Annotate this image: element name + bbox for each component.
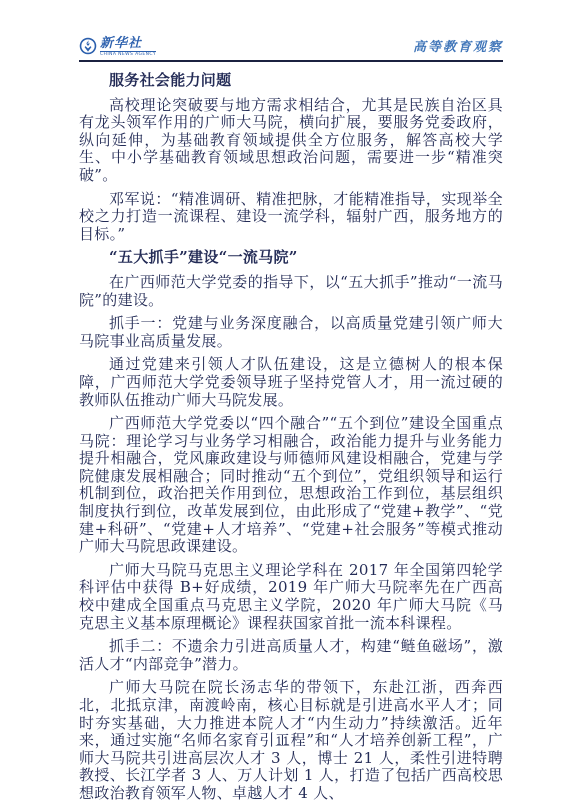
page-footer: 11 xyxy=(0,735,565,748)
paragraph: 广西师范大学党委以“四个融合”“五个到位”建设全国重点马院：理论学习与业务学习相… xyxy=(79,415,503,556)
xinhua-logo-cn: 新华社 xyxy=(100,37,156,50)
xinhua-emblem-icon xyxy=(79,37,97,55)
xinhua-logo-text: 新华社 CHINA NEWS AGENCY xyxy=(100,37,156,58)
document-page: 新华社 CHINA NEWS AGENCY 高等教育观察 服务社会能力问题 高校… xyxy=(0,0,565,800)
header-section-label: 高等教育观察 xyxy=(413,36,503,57)
section-heading: “五大抓手”建设“一流马院” xyxy=(79,249,503,267)
xinhua-logo: 新华社 CHINA NEWS AGENCY xyxy=(79,37,156,58)
paragraph: 高校理论突破要与地方需求相结合，尤其是民族自治区具有龙头领军作用的广师大马院，横… xyxy=(79,97,503,185)
section-heading: 服务社会能力问题 xyxy=(79,72,503,90)
paragraph: 通过党建来引领人才队伍建设，这是立德树人的根本保障，广西师范大学党委领导班子坚持… xyxy=(79,356,503,409)
article-body: 服务社会能力问题 高校理论突破要与地方需求相结合，尤其是民族自治区具有龙头领军作… xyxy=(79,72,503,800)
paragraph: 在广西师范大学党委的指导下，以“五大抓手”推动“一流马院”的建设。 xyxy=(79,274,503,309)
paragraph: 广师大马院马克思主义理论学科在 2017 年全国第四轮学科评估中获得 B+好成绩… xyxy=(79,562,503,632)
page-header: 新华社 CHINA NEWS AGENCY 高等教育观察 xyxy=(79,33,503,62)
paragraph: 抓手一：党建与业务深度融合，以高质量党建引领广师大马院事业高质量发展。 xyxy=(79,315,503,350)
page-number: 11 xyxy=(276,735,290,748)
xinhua-logo-en: CHINA NEWS AGENCY xyxy=(100,51,156,58)
paragraph: 邓军说：“精准调研、精准把脉，才能精准指导，实现举全校之力打造一流课程、建设一流… xyxy=(79,191,503,244)
paragraph: 抓手二：不遗余力引进高质量人才，构建“鲢鱼磁场”，激活人才“内部竞争”潜力。 xyxy=(79,638,503,673)
